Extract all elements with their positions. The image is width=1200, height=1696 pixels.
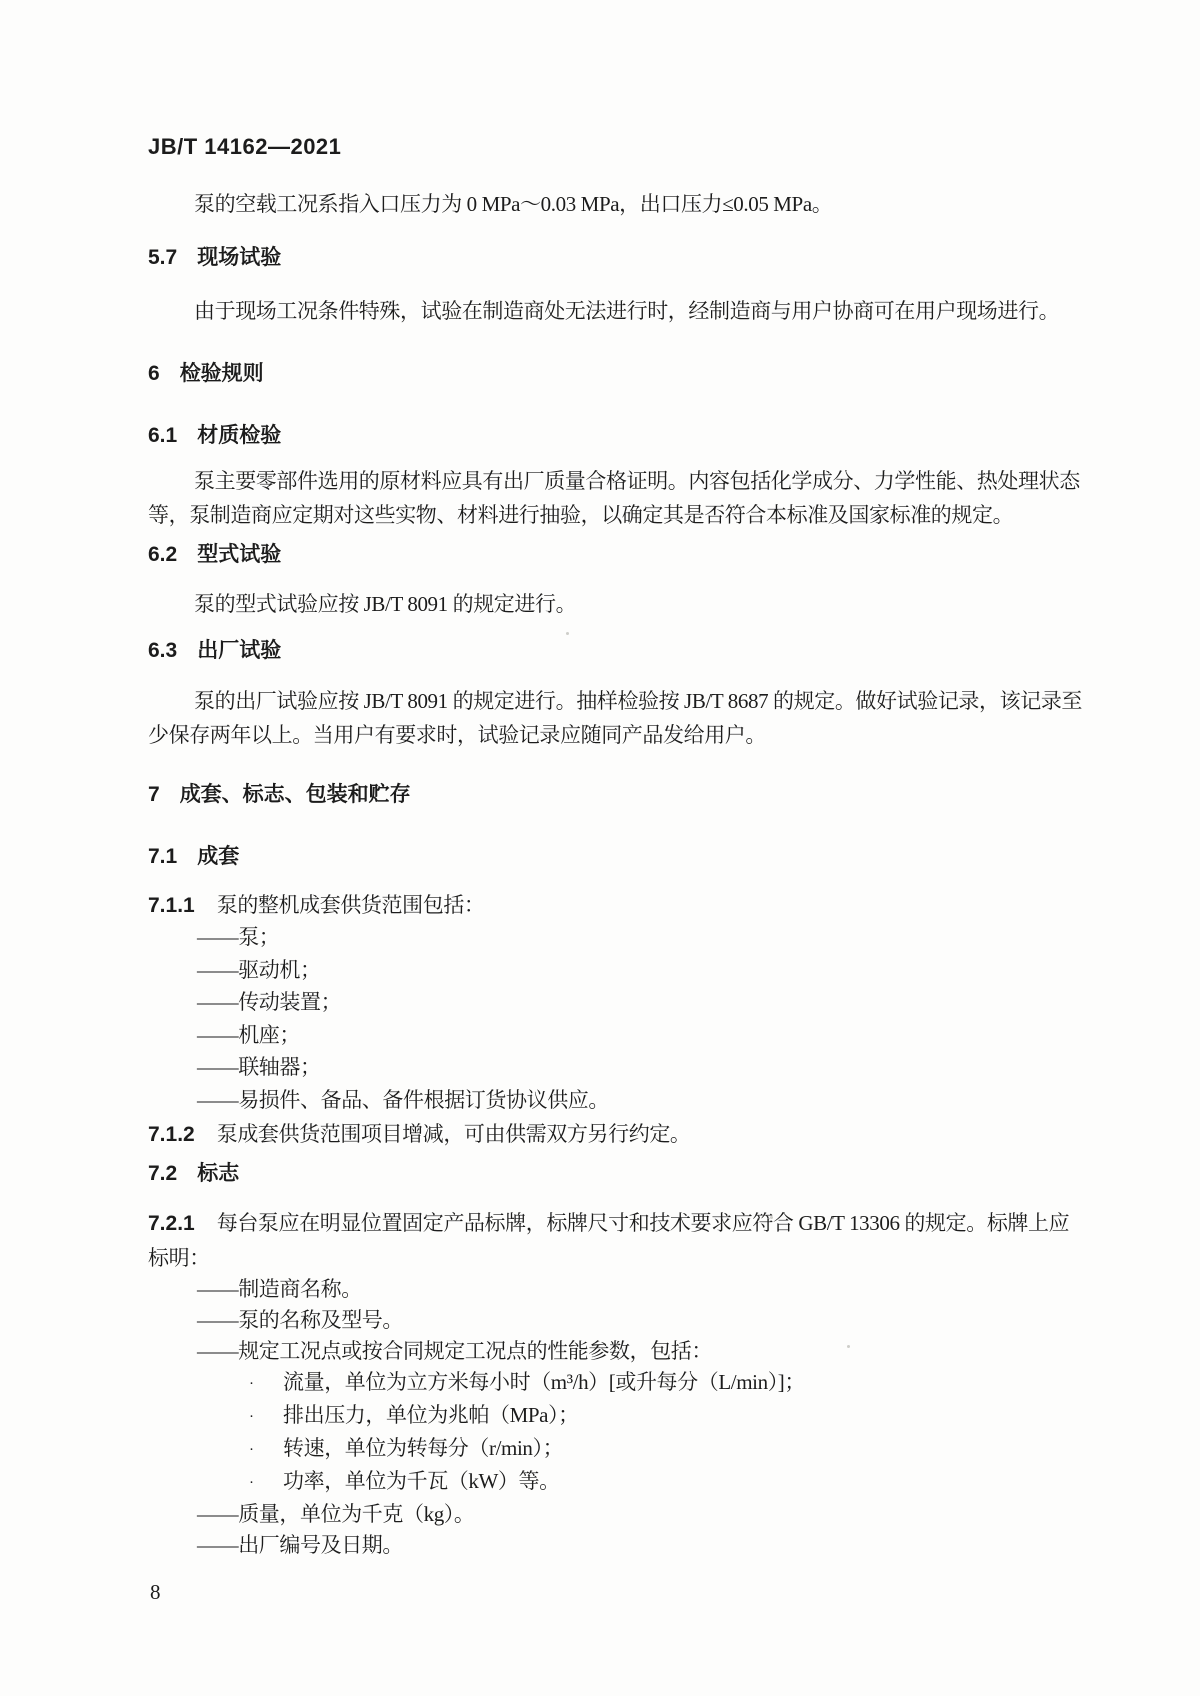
para-7-1-2-text: 泵成套供货范围项目增减，可由供需双方另行约定。: [217, 1122, 691, 1146]
bullet-item-text: 功率，单位为千瓦（kW）等。: [283, 1469, 560, 1493]
heading-6-number: 6: [148, 359, 160, 389]
heading-7-1: 7.1成套: [148, 842, 1088, 872]
heading-6-3-number: 6.3: [148, 636, 177, 666]
supply-scope-list: ——泵； ——驱动机； ——传动装置； ——机座； ——联轴器； ——易损件、备…: [148, 921, 1088, 1116]
heading-6-2: 6.2型式试验: [148, 540, 1088, 570]
heading-7-number: 7: [148, 780, 160, 810]
scan-speck: [847, 1345, 850, 1348]
para-7-2-1-number: 7.2.1: [148, 1207, 195, 1241]
heading-7-2: 7.2标志: [148, 1159, 1088, 1189]
list-item: ·转速，单位为转每分（r/min）；: [148, 1433, 1088, 1466]
para-factory-test: 泵的出厂试验应按 JB/T 8091 的规定进行。抽样检验按 JB/T 8687…: [148, 684, 1088, 752]
list-item: ·流量，单位为立方米每小时（m³/h）[或升每分（L/min）]；: [148, 1367, 1088, 1400]
para-7-1-2: 7.1.2泵成套供货范围项目增减，可由供需双方另行约定。: [148, 1118, 1088, 1151]
bullet-icon: ·: [249, 1468, 283, 1499]
bullet-icon: ·: [249, 1369, 283, 1400]
heading-7: 7成套、标志、包装和贮存: [148, 780, 1088, 810]
nameplate-list: ——制造商名称。 ——泵的名称及型号。 ——规定工况点或按合同规定工况点的性能参…: [148, 1274, 1088, 1561]
bullet-item-text: 排出压力，单位为兆帕（MPa）；: [283, 1403, 579, 1427]
para-type-test: 泵的型式试验应按 JB/T 8091 的规定进行。: [148, 587, 1088, 621]
list-item: ——质量，单位为千克（kg）。: [148, 1499, 1088, 1530]
para-7-1-2-number: 7.1.2: [148, 1119, 195, 1151]
bullet-icon: ·: [249, 1435, 283, 1466]
heading-6-2-number: 6.2: [148, 540, 177, 570]
heading-7-1-title: 成套: [197, 845, 239, 868]
heading-6: 6检验规则: [148, 359, 1088, 389]
para-7-1-1: 7.1.1泵的整机成套供货范围包括：: [148, 889, 1088, 922]
para-field-test: 由于现场工况条件特殊，试验在制造商处无法进行时，经制造商与用户协商可在用户现场进…: [148, 294, 1088, 328]
para-no-load-condition: 泵的空载工况系指入口压力为 0 MPa～0.03 MPa，出口压力≤0.05 M…: [148, 187, 1088, 221]
list-item: ——传动装置；: [148, 986, 1088, 1019]
heading-5-7-title: 现场试验: [197, 246, 281, 269]
heading-7-2-number: 7.2: [148, 1159, 177, 1189]
scan-speck: [566, 632, 569, 635]
list-item: ·功率，单位为千瓦（kW）等。: [148, 1466, 1088, 1499]
heading-5-7: 5.7现场试验: [148, 243, 1088, 273]
list-item: ——出厂编号及日期。: [148, 1530, 1088, 1561]
page-number: 8: [150, 1577, 210, 1607]
heading-6-3-title: 出厂试验: [197, 639, 281, 662]
para-7-1-1-number: 7.1.1: [148, 890, 195, 922]
heading-5-7-number: 5.7: [148, 243, 177, 273]
doc-number: JB/T 14162—2021: [148, 132, 1088, 162]
bullet-item-text: 流量，单位为立方米每小时（m³/h）[或升每分（L/min）]；: [283, 1370, 805, 1394]
heading-7-1-number: 7.1: [148, 842, 177, 872]
list-item: ——驱动机；: [148, 954, 1088, 987]
heading-6-title: 检验规则: [180, 362, 264, 385]
scan-speck: [770, 1216, 773, 1219]
heading-7-title: 成套、标志、包装和贮存: [180, 783, 411, 806]
bullet-icon: ·: [249, 1402, 283, 1433]
heading-6-1: 6.1材质检验: [148, 421, 1088, 451]
list-item: ·排出压力，单位为兆帕（MPa）；: [148, 1400, 1088, 1433]
document-page: JB/T 14162—2021 泵的空载工况系指入口压力为 0 MPa～0.03…: [0, 0, 1200, 1696]
heading-7-2-title: 标志: [197, 1162, 239, 1185]
para-7-1-1-text: 泵的整机成套供货范围包括：: [217, 893, 485, 917]
heading-6-2-title: 型式试验: [197, 543, 281, 566]
list-item: ——联轴器；: [148, 1051, 1088, 1084]
heading-6-3: 6.3出厂试验: [148, 636, 1088, 666]
list-item: ——机座；: [148, 1019, 1088, 1052]
para-7-2-1: 7.2.1每台泵应在明显位置固定产品标牌，标牌尺寸和技术要求应符合 GB/T 1…: [148, 1206, 1088, 1275]
list-item: ——制造商名称。: [148, 1274, 1088, 1305]
para-7-2-1-text: 每台泵应在明显位置固定产品标牌，标牌尺寸和技术要求应符合 GB/T 13306 …: [148, 1211, 1069, 1270]
list-item: ——泵；: [148, 921, 1088, 954]
heading-6-1-title: 材质检验: [197, 424, 281, 447]
list-item: ——规定工况点或按合同规定工况点的性能参数，包括：: [148, 1336, 1088, 1367]
heading-6-1-number: 6.1: [148, 421, 177, 451]
bullet-item-text: 转速，单位为转每分（r/min）；: [283, 1436, 563, 1460]
para-material-inspection: 泵主要零部件选用的原材料应具有出厂质量合格证明。内容包括化学成分、力学性能、热处…: [148, 464, 1088, 532]
list-item: ——易损件、备品、备件根据订货协议供应。: [148, 1084, 1088, 1117]
list-item: ——泵的名称及型号。: [148, 1305, 1088, 1336]
